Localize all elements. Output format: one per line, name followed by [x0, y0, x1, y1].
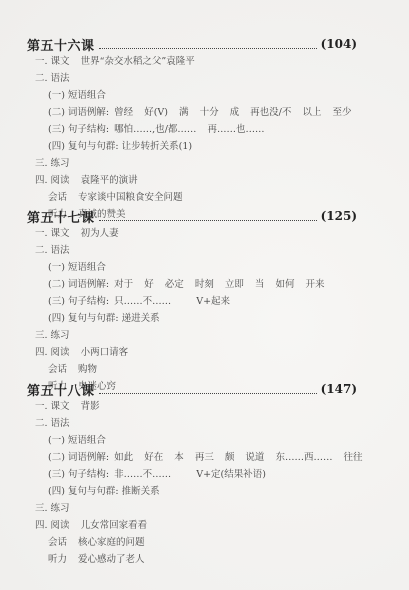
grammar-complex: (四) 复句与句群: 让步转折关系(1): [48, 140, 192, 154]
dot-leader: [99, 218, 317, 221]
text-title: 背影: [81, 401, 100, 412]
word-item: 十分: [200, 107, 219, 118]
reading-title: 袁隆平的演讲: [81, 175, 138, 186]
structure-item: 再……也……: [207, 124, 264, 135]
reading-title: 小两口请客: [81, 347, 129, 358]
word-item: 当: [255, 279, 265, 290]
word-item: 立即: [225, 279, 244, 290]
word-item: 对于: [114, 279, 133, 290]
lesson-page-number: (104): [321, 37, 357, 51]
listening-row: 听力 爱心感动了老人: [48, 553, 145, 567]
structure-item: V+定(结果补语): [196, 469, 266, 480]
structure-item: 哪怕……,也/都……: [114, 124, 196, 135]
grammar-sentence: (三) 句子结构: 非……不…… V+定(结果补语): [48, 468, 274, 482]
word-item: 东……西……: [275, 452, 332, 463]
word-item: 往往: [344, 452, 363, 463]
word-item: 本: [174, 452, 184, 463]
section-label: 四. 阅读: [35, 347, 70, 358]
lesson-title: 第五十八课: [27, 380, 95, 399]
reading-row: 四. 阅读 小两口请客: [35, 346, 128, 360]
conversation-title: 购物: [78, 364, 97, 375]
listening-title: 爱心感动了老人: [78, 554, 145, 565]
lesson-heading[interactable]: 第五十八课 (147): [27, 381, 357, 397]
text-title: 世界“杂交水稻之父”袁隆平: [81, 56, 195, 67]
grammar-sentence: (三) 句子结构: 只……不…… V+起来: [48, 295, 238, 309]
word-item: 再也没/不: [250, 107, 291, 118]
exercise-label: 三. 练习: [35, 502, 70, 516]
grammar-phrases: (一) 短语组合: [48, 261, 106, 275]
grammar-complex: (四) 复句与句群: 递进关系: [48, 312, 160, 326]
structure-item: V+起来: [196, 296, 230, 307]
conversation-row: 会话 核心家庭的问题: [48, 536, 145, 550]
word-item: 至少: [332, 107, 351, 118]
lesson-heading[interactable]: 第五十七课 (125): [27, 208, 357, 224]
word-item: 好(V): [144, 107, 168, 118]
word-item: 如此: [114, 452, 133, 463]
lesson-title: 第五十七课: [27, 207, 95, 226]
section-label: 四. 阅读: [35, 175, 70, 186]
word-item: 好: [144, 279, 154, 290]
lesson-page-number: (125): [321, 209, 357, 223]
grammar-phrases: (一) 短语组合: [48, 434, 106, 448]
text-row: 一. 课文 初为人妻: [35, 227, 119, 241]
word-item: 以上: [302, 107, 321, 118]
word-item: 曾经: [114, 107, 133, 118]
conversation-row: 会话 购物: [48, 363, 97, 377]
grammar-words: (二) 词语例解: 如此 好在 本 再三 颇 说道 东……西…… 往往: [48, 451, 371, 465]
word-item: 好在: [144, 452, 163, 463]
section-label: 一. 课文: [35, 401, 70, 412]
section-label: 会话: [48, 537, 67, 548]
reading-title: 儿女常回家看看: [81, 520, 148, 531]
conversation-row: 会话 专家谈中国粮食安全问题: [48, 191, 183, 205]
word-item: 说道: [245, 452, 264, 463]
lesson-page-number: (147): [321, 382, 357, 396]
grammar-phrases: (一) 短语组合: [48, 89, 106, 103]
section-label: 会话: [48, 364, 67, 375]
reading-row: 四. 阅读 儿女常回家看看: [35, 519, 147, 533]
word-item: 如何: [275, 279, 294, 290]
word-item: 必定: [165, 279, 184, 290]
text-row: 一. 课文 背影: [35, 400, 100, 414]
lesson-heading[interactable]: 第五十六课 (104): [27, 36, 357, 52]
exercise-label: 三. 练习: [35, 157, 70, 171]
word-item: 成: [230, 107, 240, 118]
word-item: 满: [179, 107, 189, 118]
word-item: 颇: [225, 452, 235, 463]
word-item: 再三: [195, 452, 214, 463]
word-item: 开来: [306, 279, 325, 290]
grammar-words: (二) 词语例解: 对于 好 必定 时刻 立即 当 如何 开来: [48, 278, 333, 292]
conversation-title: 专家谈中国粮食安全问题: [78, 192, 183, 203]
section-label: 会话: [48, 192, 67, 203]
section-label: 一. 课文: [35, 228, 70, 239]
dot-leader: [99, 391, 317, 394]
grammar-label: 二. 语法: [35, 244, 70, 258]
text-title: 初为人妻: [81, 228, 119, 239]
text-row: 一. 课文 世界“杂交水稻之父”袁隆平: [35, 55, 195, 69]
grammar-sentence: (三) 句子结构: 哪怕……,也/都…… 再……也……: [48, 123, 272, 137]
section-label: 四. 阅读: [35, 520, 70, 531]
toc-page: 第五十六课 (104) 一. 课文 世界“杂交水稻之父”袁隆平 二. 语法 (一…: [0, 0, 409, 590]
structure-item: 非……不……: [114, 469, 171, 480]
grammar-label: 二. 语法: [35, 72, 70, 86]
section-label: 听力: [48, 554, 67, 565]
conversation-title: 核心家庭的问题: [78, 537, 145, 548]
exercise-label: 三. 练习: [35, 329, 70, 343]
word-item: 时刻: [195, 279, 214, 290]
reading-row: 四. 阅读 袁隆平的演讲: [35, 174, 138, 188]
lesson-title: 第五十六课: [27, 35, 95, 54]
dot-leader: [99, 46, 317, 49]
grammar-words: (二) 词语例解: 曾经 好(V) 满 十分 成 再也没/不 以上 至少: [48, 106, 359, 120]
grammar-complex: (四) 复句与句群: 推断关系: [48, 485, 160, 499]
structure-item: 只……不……: [114, 296, 171, 307]
grammar-label: 二. 语法: [35, 417, 70, 431]
section-label: 一. 课文: [35, 56, 70, 67]
